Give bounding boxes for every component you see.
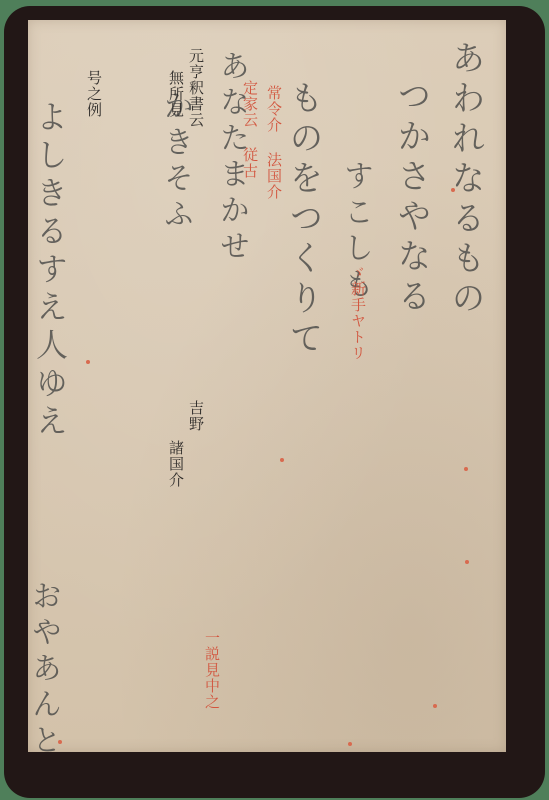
small-text-column-2: 無所見 bbox=[168, 70, 183, 118]
red-mark-dot bbox=[348, 742, 352, 746]
main-text-column-1: あわれなるもの bbox=[448, 40, 482, 320]
red-annotation-4: 一説見中之 bbox=[204, 630, 219, 710]
small-text-column-4: 諸国介 bbox=[168, 440, 183, 488]
main-text-column-8: おやあんと bbox=[28, 580, 58, 760]
red-mark-dot bbox=[451, 188, 455, 192]
red-annotation-2: 常令介 法国介 bbox=[266, 85, 281, 200]
main-text-column-4: ものをつくりて bbox=[286, 80, 320, 360]
red-mark-dot bbox=[465, 560, 469, 564]
red-annotation-3: 定家云 従古 bbox=[242, 80, 257, 179]
red-mark-dot bbox=[464, 467, 468, 471]
red-annotation-1: ゞ新手ヤトリ bbox=[350, 265, 365, 361]
small-text-column-3: 号之例 bbox=[86, 70, 101, 118]
small-text-column-1: 元亨釈書云 bbox=[188, 48, 203, 128]
red-mark-dot bbox=[86, 360, 90, 364]
manuscript-paper: あわれなるもの つかさやなる すこしも ものをつくりて あなたまかせ かきそふ … bbox=[28, 20, 506, 752]
main-text-column-2: つかさやなる bbox=[394, 78, 428, 318]
red-mark-dot bbox=[280, 458, 284, 462]
red-mark-dot bbox=[433, 704, 437, 708]
red-mark-dot bbox=[58, 740, 62, 744]
small-text-column-5: 吉野 bbox=[188, 400, 203, 432]
main-text-column-7: よしきるすえ人ゆえ bbox=[34, 100, 66, 442]
